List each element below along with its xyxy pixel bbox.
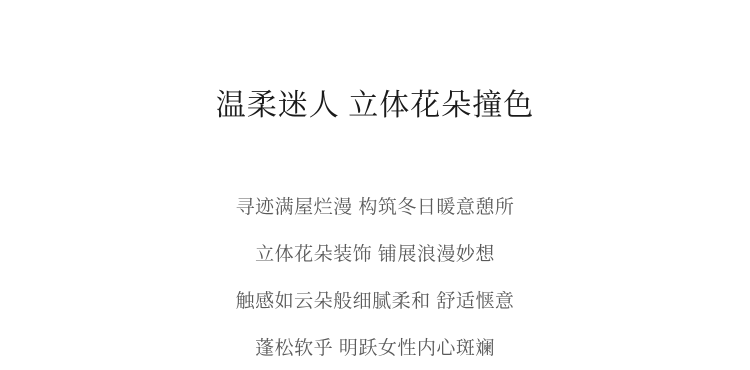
description-line: 寻迹满屋烂漫 构筑冬日暖意憩所 (0, 184, 750, 231)
product-description-section: 温柔迷人 立体花朵撞色 寻迹满屋烂漫 构筑冬日暖意憩所 立体花朵装饰 铺展浪漫妙… (0, 0, 750, 370)
page-title: 温柔迷人 立体花朵撞色 (0, 86, 750, 126)
description-line: 触感如云朵般细腻柔和 舒适惬意 (0, 278, 750, 325)
description-block: 寻迹满屋烂漫 构筑冬日暖意憩所 立体花朵装饰 铺展浪漫妙想 触感如云朵般细腻柔和… (0, 184, 750, 370)
description-line: 立体花朵装饰 铺展浪漫妙想 (0, 231, 750, 278)
description-line: 蓬松软乎 明跃女性内心斑斓 (0, 325, 750, 370)
